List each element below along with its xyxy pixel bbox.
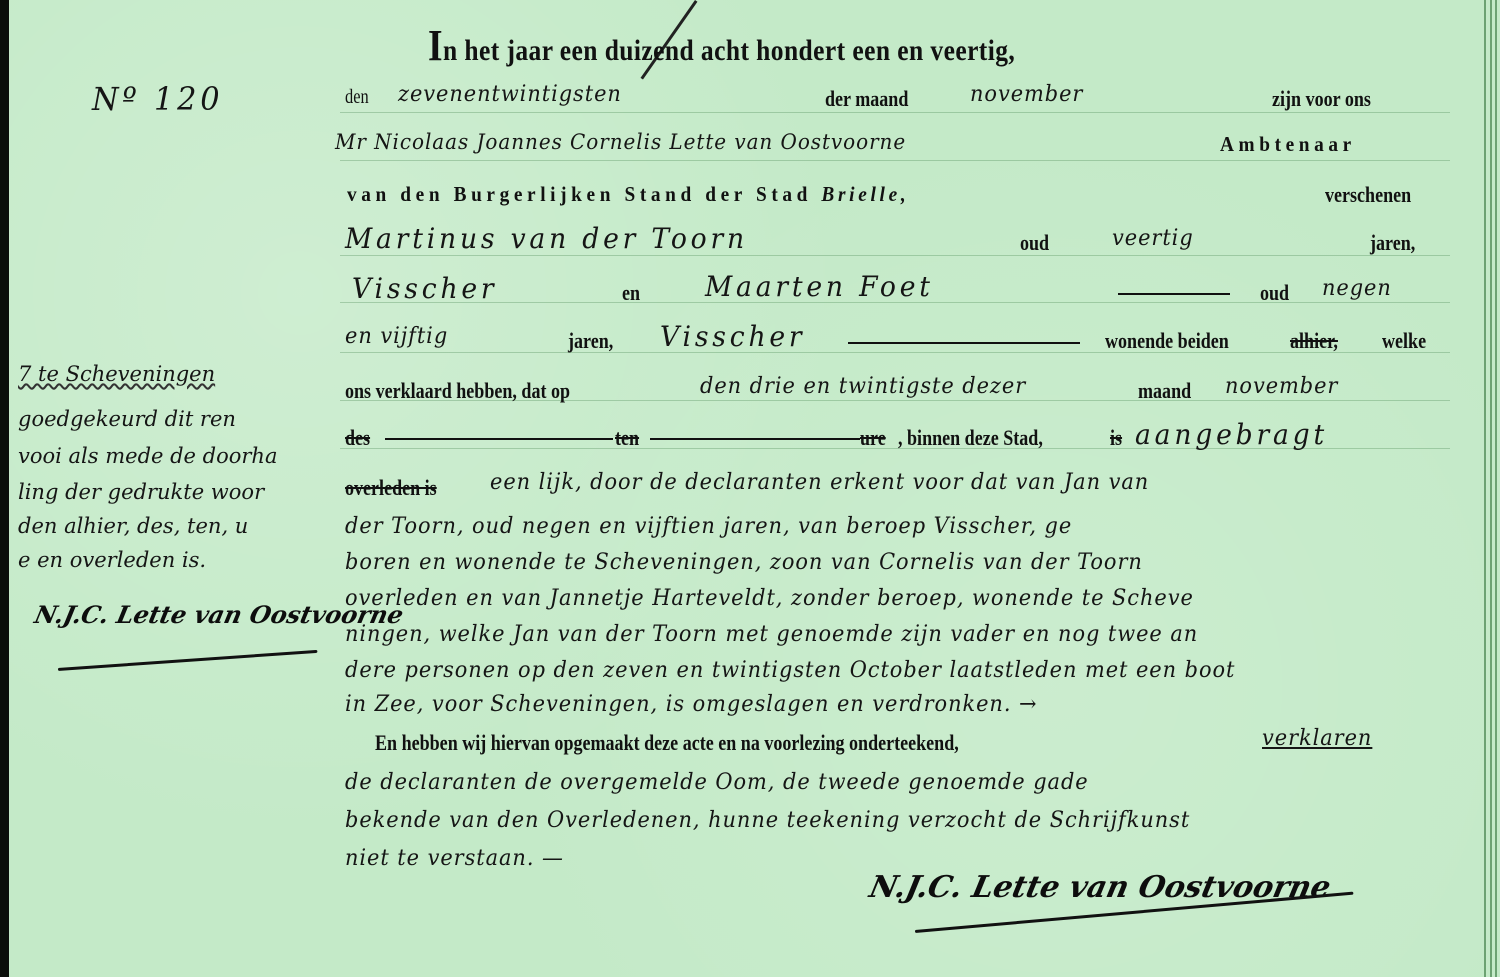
ambtenaar-label: Ambtenaar xyxy=(1220,132,1356,157)
wonende-beiden-label: wonende beiden xyxy=(1105,328,1229,354)
scan-left-edge xyxy=(0,0,9,977)
verklaard-label: ons verklaard hebben, dat op xyxy=(345,378,570,404)
ruled-line xyxy=(340,112,1450,113)
ruled-line xyxy=(340,160,1450,161)
margin-signature: N.J.C. Lette van Oostvoorne xyxy=(32,600,406,629)
handwritten-body-line: boren en wonende te Scheveningen, zoon v… xyxy=(345,550,1143,575)
struck-ten: ten xyxy=(615,425,639,451)
handwritten-body-line: een lijk, door de declaranten erkent voo… xyxy=(490,470,1149,495)
oud-label: oud xyxy=(1020,230,1049,256)
handwritten-declarant1-occupation: Visscher xyxy=(352,272,497,305)
handwritten-official-name: Mr Nicolaas Joannes Cornelis Lette van O… xyxy=(335,130,906,154)
strike-line xyxy=(385,438,613,440)
signature-underline xyxy=(58,650,318,671)
line-date-prefix: den xyxy=(345,86,369,109)
handwritten-declarant2-name: Maarten Foet xyxy=(705,270,934,303)
handwritten-body-line: bekende van den Overledenen, hunne teeke… xyxy=(345,808,1190,833)
burgerlijke-stand-label: van den Burgerlijken Stand der Stad Brie… xyxy=(347,182,909,207)
maand-label: maand xyxy=(1138,378,1191,404)
welke-label: welke xyxy=(1382,328,1426,354)
header-line: In het jaar een duizend acht hondert een… xyxy=(428,20,1015,71)
der-maand-label: der maand xyxy=(825,86,908,112)
handwritten-declarant1-name: Martinus van der Toorn xyxy=(345,222,748,255)
handwritten-body-line: der Toorn, oud negen en vijftien jaren, … xyxy=(345,514,1072,539)
ruled-line xyxy=(340,352,1450,353)
handwritten-body-line: de declaranten de overgemelde Oom, de tw… xyxy=(345,770,1089,795)
handwritten-declarant2-age-cont: en vijftig xyxy=(345,324,448,349)
city-name: Brielle, xyxy=(821,182,909,206)
ruled-line xyxy=(340,255,1450,256)
margin-note-line: 7 te Scheveningen xyxy=(18,362,215,386)
handwritten-body-line: niet te verstaan. — xyxy=(345,846,564,871)
struck-alhier: alhier, xyxy=(1290,328,1338,354)
drop-cap: I xyxy=(428,21,443,70)
margin-note-line: e en overleden is. xyxy=(18,548,206,572)
handwritten-body-line: overleden en van Jannetje Harteveldt, zo… xyxy=(345,586,1194,611)
fill-line xyxy=(1118,293,1230,295)
binnen-deze-stad-label: , binnen deze Stad, xyxy=(898,425,1043,451)
handwritten-verklaren: verklaren xyxy=(1262,726,1372,751)
handwritten-body-line: ningen, welke Jan van der Toorn met geno… xyxy=(345,622,1198,647)
struck-is: is xyxy=(1110,425,1122,451)
handwritten-declarant2-occupation: Visscher xyxy=(660,320,805,353)
struck-overleden-is: overleden is xyxy=(345,475,437,501)
fill-line xyxy=(848,342,1080,344)
zijn-voor-ons-label: zijn voor ons xyxy=(1272,86,1371,112)
handwritten-aangebragt: aangebragt xyxy=(1135,418,1328,451)
margin-rule xyxy=(1495,0,1497,977)
margin-note-line: ling der gedrukte woor xyxy=(18,480,264,504)
struck-des: des xyxy=(345,425,370,451)
verschenen-label: verschenen xyxy=(1325,182,1411,208)
margin-rule xyxy=(1484,0,1486,977)
handwritten-day: zevenentwintigsten xyxy=(398,82,622,107)
handwritten-month: november xyxy=(970,82,1083,107)
handwritten-body-line: in Zee, voor Scheveningen, is omgeslagen… xyxy=(345,692,1037,717)
burgerlijke-stand-text: van den Burgerlijken Stand der Stad xyxy=(347,182,812,206)
document-page: Nº 120 In het jaar een duizend acht hond… xyxy=(0,0,1500,977)
record-number: Nº 120 xyxy=(92,80,223,118)
margin-note-line: goedgekeurd dit ren xyxy=(18,407,236,431)
oud-label-2: oud xyxy=(1260,280,1289,306)
closing-statement: En hebben wij hiervan opgemaakt deze act… xyxy=(375,730,959,756)
header-text: n het jaar een duizend acht hondert een … xyxy=(443,34,1015,67)
margin-note-line: den alhier, des, ten, u xyxy=(18,514,248,538)
en-label: en xyxy=(622,280,640,306)
margin-rule xyxy=(1490,0,1492,977)
handwritten-death-date: den drie en twintigste dezer xyxy=(700,374,1026,399)
handwritten-body-line: dere personen op den zeven en twintigste… xyxy=(345,658,1235,683)
strike-line xyxy=(650,438,860,440)
handwritten-declarant2-age: negen xyxy=(1322,276,1392,301)
jaren-label: jaren, xyxy=(1370,230,1415,256)
handwritten-death-month: november xyxy=(1225,374,1338,399)
struck-ure: ure xyxy=(860,425,886,451)
margin-note-line: vooi als mede de doorha xyxy=(18,444,277,468)
jaren-label-2: jaren, xyxy=(568,328,613,354)
handwritten-declarant1-age: veertig xyxy=(1112,226,1194,251)
